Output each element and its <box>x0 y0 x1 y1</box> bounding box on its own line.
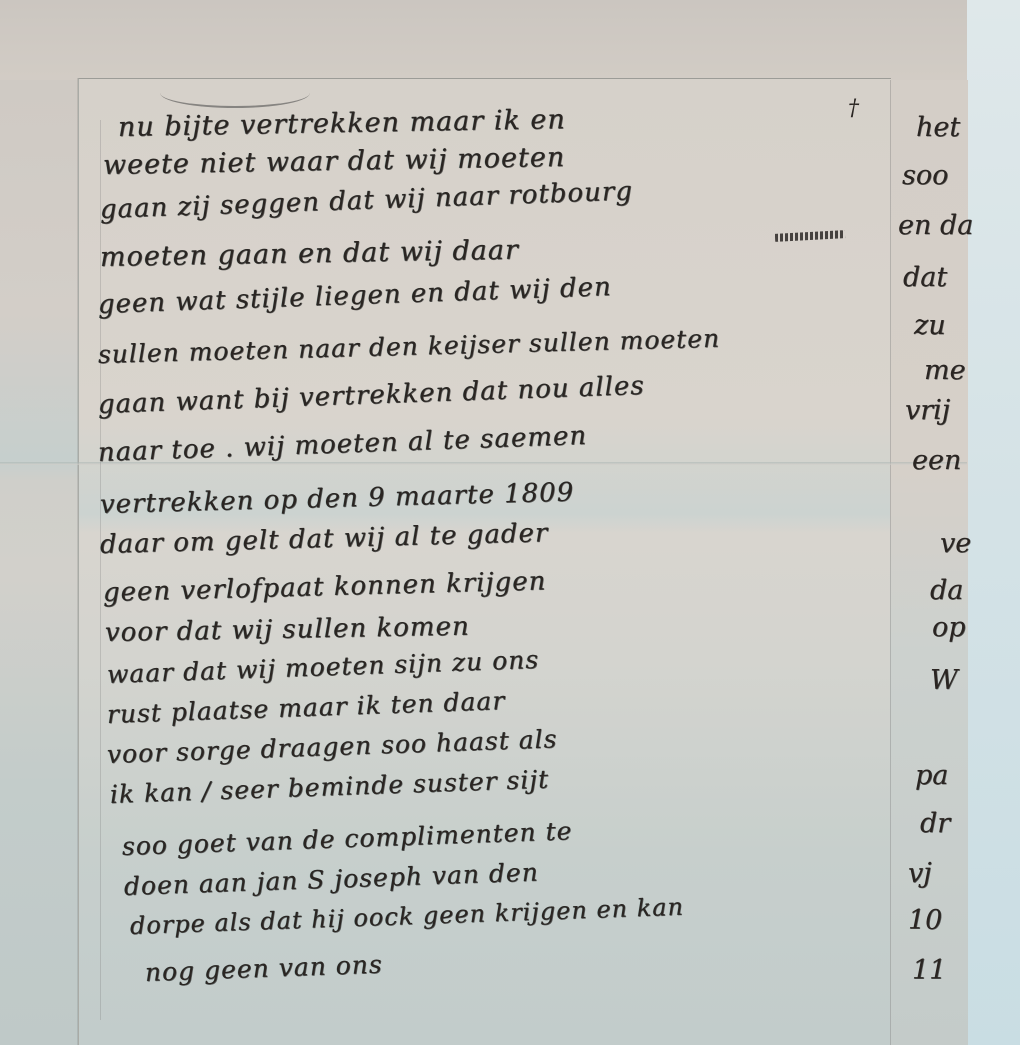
right-fragment: het <box>916 112 960 143</box>
handwritten-line: voor dat wij sullen komen <box>105 612 470 648</box>
right-fragment: ve <box>940 528 971 559</box>
corner-mark: † <box>848 96 872 130</box>
backdrop <box>967 0 1020 1045</box>
right-fragment: 11 <box>912 955 946 986</box>
right-fragment: W <box>930 665 958 696</box>
right-fragment: pa <box>915 760 948 791</box>
letter-photograph: † nu bijte vertrekken maar ik en weete n… <box>0 0 1020 1045</box>
right-fragment: zu <box>914 310 946 341</box>
right-fragment: soo <box>902 160 948 191</box>
right-fragment: dr <box>920 808 950 839</box>
right-fragment: een <box>912 445 961 476</box>
paper-crease-curve <box>160 78 310 108</box>
right-fragment: dat <box>903 262 947 293</box>
right-fragment: op <box>932 612 966 643</box>
underlying-page-top <box>0 0 967 80</box>
right-fragment: 10 <box>908 905 942 936</box>
right-fragment: vj <box>908 858 932 889</box>
right-fragment: en da <box>898 210 973 241</box>
right-fragment: me <box>924 355 966 386</box>
right-fragment: da <box>930 575 963 606</box>
right-fragment: vrij <box>905 395 950 426</box>
